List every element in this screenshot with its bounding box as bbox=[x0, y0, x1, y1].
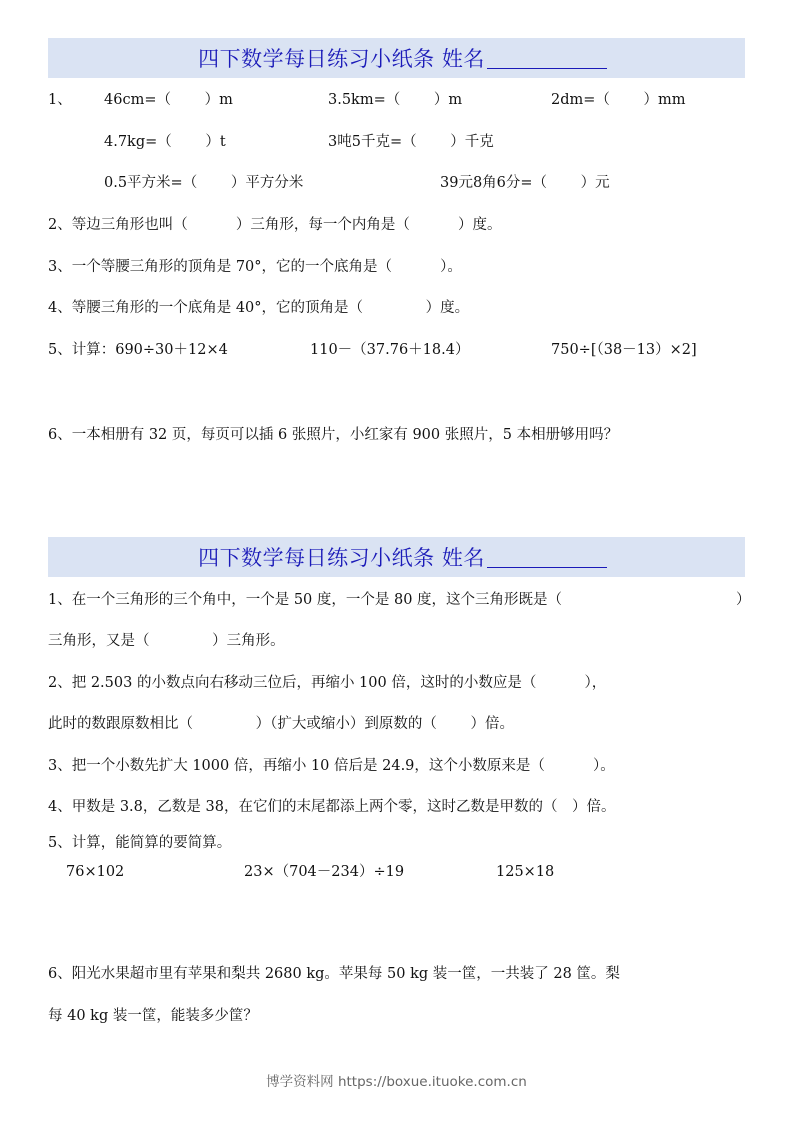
sheet2-q2-line1: 2、把 2.503 的小数点向右移动三位后，再缩小 100 倍，这时的小数应是（… bbox=[48, 673, 606, 693]
sheet1-title: 四下数学每日练习小纸条 姓名 bbox=[198, 43, 485, 73]
q1-item: 0.5平方米=（ ）平方分米 bbox=[104, 173, 303, 193]
sheet2-title: 四下数学每日练习小纸条 姓名 bbox=[198, 542, 485, 572]
sheet2-name-blank[interactable] bbox=[487, 547, 607, 568]
sheet1-q6: 6、一本相册有 32 页，每页可以插 6 张照片，小红家有 900 张照片，5 … bbox=[48, 425, 618, 445]
sheet2-q1-line2: 三角形，又是（ ）三角形。 bbox=[48, 631, 285, 651]
q1-item: 3吨5千克=（ ）千克 bbox=[328, 132, 494, 152]
footer-watermark: 博学资料网 https://boxue.ituoke.com.cn bbox=[0, 1070, 793, 1090]
q1-text: 1、在一个三角形的三个角中，一个是 50 度，一个是 80 度，这个三角形既是（ bbox=[48, 590, 562, 610]
sheet1-header-band: 四下数学每日练习小纸条 姓名 bbox=[48, 38, 745, 78]
q5-expr-3: 750÷[（38－13）×2] bbox=[551, 340, 697, 360]
sheet2-header-band: 四下数学每日练习小纸条 姓名 bbox=[48, 537, 745, 577]
q1-number: 1、 bbox=[48, 90, 72, 110]
q1-close-paren: ） bbox=[736, 590, 751, 610]
q1-item: 39元8角6分=（ ）元 bbox=[440, 173, 610, 193]
sheet2-q2-line2: 此时的数跟原数相比（ ）（扩大或缩小）到原数的（ ）倍。 bbox=[48, 714, 514, 734]
q5-expr-2: 23×（704－234）÷19 bbox=[244, 862, 404, 882]
q5-expr-1: 5、计算：690÷30＋12×4 bbox=[48, 340, 228, 360]
q5-expr-1: 76×102 bbox=[66, 862, 124, 882]
q1-item: 2dm=（ ）mm bbox=[551, 90, 686, 110]
sheet1-q2: 2、等边三角形也叫（ ）三角形，每一个内角是（ ）度。 bbox=[48, 215, 501, 235]
q1-item: 3.5km=（ ）m bbox=[328, 90, 462, 110]
q5-expr-3: 125×18 bbox=[496, 862, 554, 882]
sheet2-q3: 3、把一个小数先扩大 1000 倍，再缩小 10 倍后是 24.9，这个小数原来… bbox=[48, 756, 615, 776]
sheet1-q4: 4、等腰三角形的一个底角是 40°，它的顶角是（ ）度。 bbox=[48, 298, 469, 318]
q1-item: 4.7kg=（ ）t bbox=[104, 132, 226, 152]
q5-expr-2: 110－（37.76＋18.4） bbox=[310, 340, 469, 360]
sheet1-name-blank[interactable] bbox=[487, 48, 607, 69]
sheet2-q4: 4、甲数是 3.8，乙数是 38，在它们的末尾都添上两个零，这时乙数是甲数的（ … bbox=[48, 797, 615, 817]
sheet2-q6-line1: 6、阳光水果超市里有苹果和梨共 2680 kg。苹果每 50 kg 装一筐，一共… bbox=[48, 964, 620, 984]
q1-item: 46cm=（ ）m bbox=[104, 90, 233, 110]
sheet1-q3: 3、一个等腰三角形的顶角是 70°，它的一个底角是（ ）。 bbox=[48, 257, 462, 277]
sheet2-q6-line2: 每 40 kg 装一筐，能装多少筐？ bbox=[48, 1006, 258, 1026]
sheet2-q5-label: 5、计算，能简算的要简算。 bbox=[48, 833, 231, 853]
